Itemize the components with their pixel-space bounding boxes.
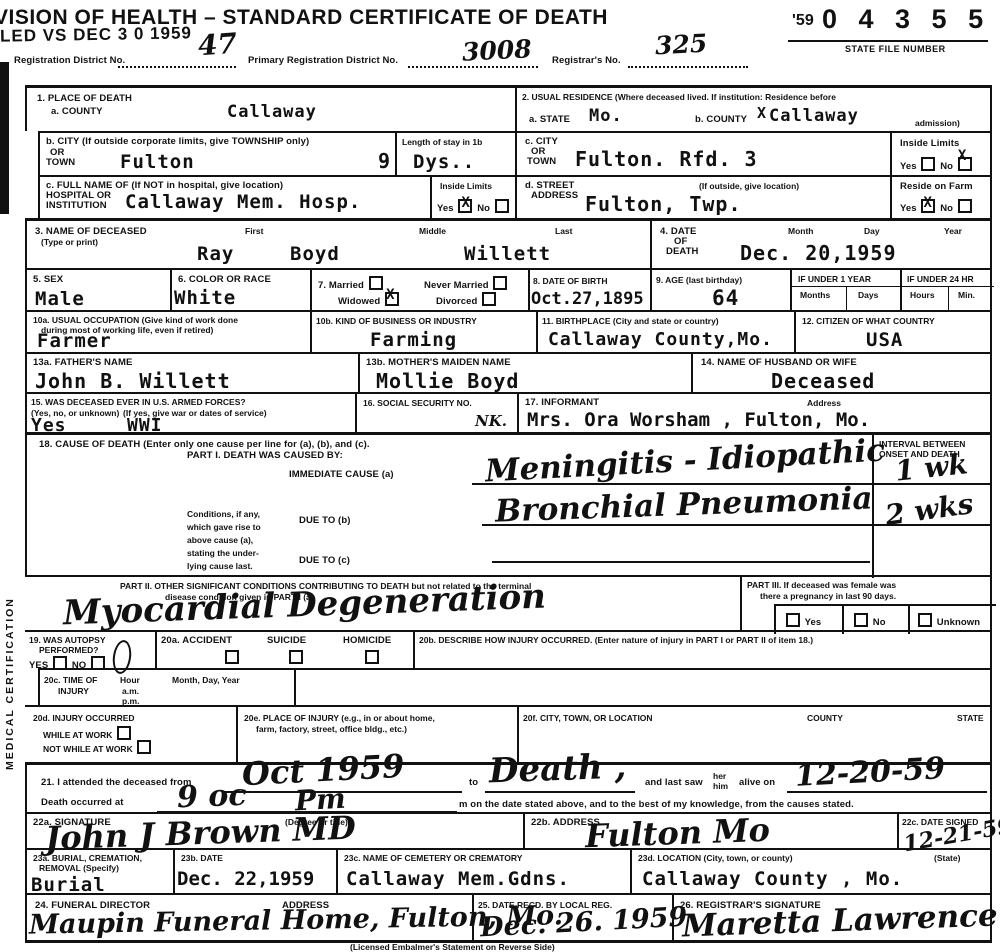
middle-name-value: Boyd <box>290 243 340 265</box>
name-label: 3. NAME OF DECEASED <box>35 226 147 237</box>
while-at-work-label: WHILE AT WORK <box>43 730 112 740</box>
cause-b-value: Bronchial Pneumonia <box>494 480 873 529</box>
under-1-year-label: IF UNDER 1 YEAR <box>798 274 871 284</box>
color-or-race-label: 6. COLOR OR RACE <box>178 274 271 285</box>
filed-date-stamp: LED VS DEC 3 0 1959 <box>0 23 192 46</box>
occupation-label: 10a. USUAL OCCUPATION (Give kind of work… <box>33 315 238 325</box>
no-label: No <box>477 203 490 214</box>
death-label: DEATH <box>666 246 699 257</box>
field-usual-residence: 2. USUAL RESIDENCE (Where deceased lived… <box>515 85 992 131</box>
field-birthplace: 11. BIRTHPLACE (City and state or countr… <box>536 310 794 352</box>
part-3-label-2: there a pregnancy in last 90 days. <box>760 591 896 601</box>
residence-county-premark: X <box>757 104 767 122</box>
inside-limits-label: Inside Limits <box>440 181 492 191</box>
day-label: Day <box>864 226 880 236</box>
date-of-birth-value: Oct.27,1895 <box>531 289 644 309</box>
inside-limits-options: Yes No X <box>900 157 974 172</box>
divider <box>792 286 902 287</box>
field-injury-occurred: 20d. INJURY OCCURRED WHILE AT WORK NOT W… <box>25 705 236 762</box>
due-to-b-label: DUE TO (b) <box>299 515 351 526</box>
first-name-value: Ray <box>197 243 234 265</box>
checkbox-not-while-at-work <box>137 740 151 754</box>
checkbox-farm-no <box>958 199 972 213</box>
checkbox-pregnancy-no <box>854 613 868 627</box>
conditions-line-2: which gave rise to <box>187 522 261 532</box>
field-burial-type: 23a. BURIAL, CREMATION, REMOVAL (Specify… <box>25 848 173 893</box>
city-value: Fulton <box>120 151 195 173</box>
time-of-death-value: 9 oc <box>176 778 247 815</box>
last-name-value: Willett <box>464 243 551 265</box>
color-or-race-value: White <box>174 287 236 309</box>
ssn-value: NK. <box>475 412 507 430</box>
fathers-name-label: 13a. FATHER'S NAME <box>33 357 132 368</box>
place-of-injury-label: 20e. PLACE OF INJURY (e.g., in or about … <box>244 713 435 723</box>
while-at-work-option: WHILE AT WORK <box>43 726 133 740</box>
checkbox-x-mark: X <box>386 287 395 303</box>
blank-line <box>485 791 635 793</box>
attended-to-value: Death , <box>488 747 627 792</box>
yes-label: Yes <box>900 203 917 214</box>
length-of-stay-digit: 9 <box>378 149 391 173</box>
field-attended-statement: 21. I attended the deceased from Oct 195… <box>25 762 992 812</box>
pregnancy-no-option: No <box>852 613 886 628</box>
pregnancy-yes-option: Yes <box>784 613 821 628</box>
occupation-value: Farmer <box>37 330 112 352</box>
field-date-signed: 22c. DATE SIGNED 12-21-59 <box>897 812 992 848</box>
checkbox-farm-yes: X <box>921 199 935 213</box>
checkbox-never-married <box>493 276 507 290</box>
pregnancy-unknown-option: Unknown <box>916 613 980 628</box>
to-label: to <box>469 777 478 788</box>
length-of-stay-label: Length of stay in 1b <box>402 137 482 147</box>
field-mothers-maiden-name: 13b. MOTHER'S MAIDEN NAME Mollie Boyd <box>358 352 691 392</box>
state-file-number: 0 4 3 5 5 7 <box>822 4 1000 35</box>
checkbox-hospital-inside-yes: X <box>458 199 472 213</box>
married-option: 7. Married <box>318 276 385 291</box>
date-of-birth-label: 8. DATE OF BIRTH <box>533 276 607 286</box>
cause-a-value: Meningitis - Idiopathic <box>484 433 886 490</box>
field-kind-of-business: 10b. KIND OF BUSINESS OR INDUSTRY Farmin… <box>310 310 536 352</box>
interval-label-1: INTERVAL BETWEEN <box>879 439 965 449</box>
checkbox-while-at-work <box>117 726 131 740</box>
primary-district-value: 3008 <box>461 34 532 67</box>
cemetery-location-value: Callaway County , Mo. <box>642 868 903 890</box>
widowed-option: Widowed X <box>338 292 401 307</box>
conditions-line-1: Conditions, if any, <box>187 509 260 519</box>
registration-district-value: 47 <box>197 27 238 63</box>
field-street-address: d. STREET ADDRESS (If outside, give loca… <box>515 175 890 218</box>
conditions-line-3: above cause (a), <box>187 535 253 545</box>
injury-label: INJURY <box>58 686 89 696</box>
field-cemetery-location: 23d. LOCATION (City, town, or county) (S… <box>630 848 992 893</box>
under-24-hr-label: IF UNDER 24 HR <box>907 274 974 284</box>
field-informant: 17. INFORMANT Address Mrs. Ora Worsham ,… <box>517 392 992 432</box>
husband-wife-value: Deceased <box>771 369 875 393</box>
alive-on-label: alive on <box>739 777 775 788</box>
city-label: b. CITY (If outside corporate limits, gi… <box>46 136 309 147</box>
county-label: COUNTY <box>807 713 843 723</box>
residence-county-value: Callaway <box>769 106 859 126</box>
registration-district-label: Registration District No. <box>14 55 125 66</box>
suicide-label: SUICIDE <box>267 635 306 646</box>
field-physician-signature: 22a. SIGNATURE (Degree or title) John J … <box>25 812 523 848</box>
field-name-of-deceased: 3. NAME OF DECEASED (Type or print) Firs… <box>25 218 650 268</box>
hours-label: Hours <box>910 290 935 300</box>
county-label: a. COUNTY <box>51 106 103 117</box>
field-residence-inside-limits: Inside Limits Yes No X <box>890 131 992 175</box>
place-of-death-county-value: Callaway <box>227 102 317 122</box>
dotted-line <box>408 66 538 68</box>
primary-district-label: Primary Registration District No. <box>248 55 398 66</box>
business-label: 10b. KIND OF BUSINESS OR INDUSTRY <box>316 316 477 326</box>
field-part-2: PART II. OTHER SIGNIFICANT CONDITIONS CO… <box>25 575 740 630</box>
accident-label: 20a. ACCIDENT <box>161 635 232 646</box>
death-occurred-label: Death occurred at <box>41 797 123 808</box>
field-physician-address: 22b. ADDRESS Fulton Mo <box>523 812 897 848</box>
residence-city-value: Fulton. Rfd. 3 <box>575 147 758 171</box>
field-sex: 5. SEX Male <box>25 268 170 310</box>
business-value: Farming <box>370 329 457 351</box>
cemetery-label: 23c. NAME OF CEMETERY OR CREMATORY <box>344 853 522 863</box>
cemetery-value: Callaway Mem.Gdns. <box>346 868 570 890</box>
field-date-received: 25. DATE RECD. BY LOCAL REG. Dec. 26. 19… <box>472 893 672 940</box>
immediate-cause-label: IMMEDIATE CAUSE (a) <box>289 469 394 480</box>
mothers-name-value: Mollie Boyd <box>376 369 519 393</box>
city-town-location-label: 20f. CITY, TOWN, OR LOCATION <box>523 713 653 723</box>
farm-options: Yes X No <box>900 199 974 214</box>
field-time-of-injury: 20c. TIME OF INJURY Hour a.m. p.m. Month… <box>38 668 294 705</box>
death-certificate-scan: VISION OF HEALTH – STANDARD CERTIFICATE … <box>0 0 1000 952</box>
field-registrar-signature: 26. REGISTRAR'S SIGNATURE Maretta Lawren… <box>672 893 992 940</box>
residence-county-label: b. COUNTY <box>695 114 747 125</box>
field-husband-or-wife: 14. NAME OF HUSBAND OR WIFE Deceased <box>691 352 992 392</box>
field-describe-injury: 20b. DESCRIBE HOW INJURY OCCURRED. (Ente… <box>413 630 992 668</box>
length-of-stay-value: Dys.. <box>413 151 475 173</box>
field-age: 9. AGE (last birthday) 64 <box>650 268 790 310</box>
and-last-saw-label: and last saw <box>645 777 703 788</box>
medical-certification-margin-label: MEDICAL CERTIFICATION <box>4 440 16 770</box>
never-married-label: Never Married <box>424 280 489 291</box>
burial-date-value: Dec. 22,1959 <box>177 868 314 890</box>
last-label: Last <box>555 226 572 236</box>
burial-label: 23a. BURIAL, CREMATION, <box>33 853 142 863</box>
middle-label: Middle <box>419 226 446 236</box>
field-fathers-name: 13a. FATHER'S NAME John B. Willett <box>25 352 358 392</box>
checkbox-pregnancy-unknown <box>918 613 932 627</box>
field-reside-on-farm: Reside on Farm Yes X No <box>890 175 992 218</box>
mothers-name-label: 13b. MOTHER'S MAIDEN NAME <box>366 357 511 368</box>
state-file-number-label: STATE FILE NUMBER <box>845 44 946 54</box>
field-date-of-birth: 8. DATE OF BIRTH Oct.27,1895 <box>528 268 650 310</box>
age-value: 64 <box>712 286 739 310</box>
burial-label-2: REMOVAL (Specify) <box>39 863 119 873</box>
widowed-label: Widowed <box>338 296 380 307</box>
informant-address-label: Address <box>807 398 841 408</box>
citizen-label: 12. CITIZEN OF WHAT COUNTRY <box>802 316 935 326</box>
dotted-line <box>628 66 748 68</box>
field-hospital-name: c. FULL NAME OF (If NOT in hospital, giv… <box>38 175 430 218</box>
citizen-value: USA <box>866 329 903 351</box>
hour-label: Hour <box>120 675 140 685</box>
divorced-option: Divorced <box>436 292 498 307</box>
embalmer-note: (Licensed Embalmer's Statement on Revers… <box>350 942 555 952</box>
inside-limits-label: Inside Limits <box>900 138 959 149</box>
registrar-no-label: Registrar's No. <box>552 55 621 66</box>
month-day-year-label: Month, Day, Year <box>172 675 240 685</box>
residence-state-value: Mo. <box>589 106 623 126</box>
registrar-no-value: 325 <box>654 29 708 61</box>
checkbox-married <box>369 276 383 290</box>
no-label: No <box>873 617 886 628</box>
part-3-label: PART III. If deceased was female was <box>747 580 896 590</box>
sex-label: 5. SEX <box>33 274 63 285</box>
field-cause-of-death: 18. CAUSE OF DEATH (Enter only one cause… <box>25 432 992 575</box>
field-residence-city: c. CITY OR TOWN Fulton. Rfd. 3 <box>515 131 890 175</box>
field-color-or-race: 6. COLOR OR RACE White <box>170 268 310 310</box>
hospital-value: Callaway Mem. Hosp. <box>125 191 361 213</box>
type-or-print-label: (Type or print) <box>41 237 98 247</box>
field-citizen: 12. CITIZEN OF WHAT COUNTRY USA <box>794 310 992 352</box>
field-usual-occupation: 10a. USUAL OCCUPATION (Give kind of work… <box>25 310 310 352</box>
married-label: 7. Married <box>318 280 364 291</box>
unknown-label: Unknown <box>937 617 980 628</box>
conditions-line-5: lying cause last. <box>187 561 253 571</box>
husband-wife-label: 14. NAME OF HUSBAND OR WIFE <box>701 357 857 368</box>
date-of-death-value: Dec. 20,1959 <box>740 241 897 265</box>
divorced-label: Divorced <box>436 296 477 307</box>
him-label: him <box>713 781 728 791</box>
time-of-injury-label: 20c. TIME OF <box>44 675 97 685</box>
informant-label: 17. INFORMANT <box>525 397 599 408</box>
no-label: No <box>940 161 953 172</box>
field-part-3: PART III. If deceased was female was the… <box>740 575 992 630</box>
field-place-of-death: 1. PLACE OF DEATH a. COUNTY Callaway <box>25 85 515 131</box>
field-city-or-town: b. CITY (If outside corporate limits, gi… <box>38 131 395 175</box>
field-burial-date: 23b. DATE Dec. 22,1959 <box>173 848 336 893</box>
cause-c-line <box>492 561 870 563</box>
field-funeral-director: 24. FUNERAL DIRECTOR ADDRESS Maupin Fune… <box>25 893 472 940</box>
checkbox-inside-limits-no: X <box>958 157 972 171</box>
death-occurred-post-label: m on the date stated above, and to the b… <box>459 799 854 810</box>
checkbox-homicide <box>365 650 379 664</box>
checkbox-suicide <box>289 650 303 664</box>
checkbox-hospital-inside-no <box>495 199 509 213</box>
checkbox-inside-limits-yes <box>921 157 935 171</box>
yes-label: Yes <box>437 203 454 214</box>
field-if-under-1-year: IF UNDER 1 YEAR Months Days <box>790 268 900 310</box>
field-social-security: 16. SOCIAL SECURITY NO. NK. <box>355 392 517 432</box>
town-label: TOWN <box>527 156 556 167</box>
inside-limits-options: Yes X No <box>437 199 511 214</box>
never-married-option: Never Married <box>424 276 509 291</box>
state-label: STATE <box>957 713 984 723</box>
town-label: TOWN <box>46 157 75 168</box>
month-label: Month <box>788 226 814 236</box>
field-inside-limits: Inside Limits Yes X No <box>430 175 515 218</box>
injury-occurred-label: 20d. INJURY OCCURRED <box>33 713 135 723</box>
last-seen-alive-value: 12-20-59 <box>794 751 946 794</box>
hospital-label-3: INSTITUTION <box>46 200 107 211</box>
age-label: 9. AGE (last birthday) <box>656 275 742 285</box>
informant-value: Mrs. Ora Worsham , Fulton, Mo. <box>527 409 870 431</box>
burial-date-label: 23b. DATE <box>181 853 223 863</box>
reside-on-farm-label: Reside on Farm <box>900 181 973 192</box>
year-label: Year <box>944 226 962 236</box>
field-autopsy: 19. WAS AUTOPSY PERFORMED? YES NO <box>25 630 155 668</box>
am-label: a.m. <box>122 686 139 696</box>
yes-label: Yes <box>900 161 917 172</box>
not-while-at-work-label: NOT WHILE AT WORK <box>43 744 133 754</box>
checkbox-x-mark: X <box>958 148 967 164</box>
file-number-prefix: '59 <box>792 12 814 30</box>
scan-artifact <box>0 62 9 214</box>
field-if-under-24-hr: IF UNDER 24 HR Hours Min. <box>900 268 992 310</box>
divider <box>948 286 949 312</box>
first-label: First <box>245 226 263 236</box>
place-of-death-label: 1. PLACE OF DEATH <box>37 93 132 104</box>
admission-label: admission) <box>915 118 960 128</box>
not-while-at-work-option: NOT WHILE AT WORK <box>43 740 153 754</box>
cause-of-death-label: 18. CAUSE OF DEATH (Enter only one cause… <box>39 439 370 450</box>
attended-from-label: 21. I attended the deceased from <box>41 777 192 788</box>
dotted-line <box>118 66 236 68</box>
field-length-of-stay: Length of stay in 1b Dys.. <box>395 131 515 175</box>
checkbox-divorced <box>482 292 496 306</box>
checkbox-pregnancy-yes <box>786 613 800 627</box>
field-armed-forces: 15. WAS DECEASED EVER IN U.S. ARMED FORC… <box>25 392 355 432</box>
street-note: (If outside, give location) <box>699 181 799 191</box>
due-to-c-label: DUE TO (c) <box>299 555 350 566</box>
days-label: Days <box>858 290 878 300</box>
autopsy-label: 19. WAS AUTOPSY <box>29 635 106 645</box>
file-number-underline <box>788 40 988 42</box>
checkbox-accident <box>225 650 239 664</box>
place-of-injury-label-2: farm, factory, street, office bldg., etc… <box>256 724 407 734</box>
conditions-line-4: stating the under- <box>187 548 259 558</box>
state-sub-label: (State) <box>934 853 960 863</box>
checkbox-x-mark: X <box>461 195 470 211</box>
checkbox-widowed: X <box>385 292 399 306</box>
sex-value: Male <box>35 288 85 310</box>
residence-state-label: a. STATE <box>529 114 570 125</box>
yes-label: Yes <box>805 617 822 628</box>
no-label: No <box>940 203 953 214</box>
part-1-label: PART I. DEATH WAS CAUSED BY: <box>187 450 343 461</box>
autopsy-label-2: PERFORMED? <box>39 645 99 655</box>
birthplace-value: Callaway County,Mo. <box>548 329 773 350</box>
field-marital-status: 7. Married Never Married Widowed X Divor… <box>310 268 528 310</box>
street-address-value: Fulton, Twp. <box>585 192 742 216</box>
field-cemetery-name: 23c. NAME OF CEMETERY OR CREMATORY Calla… <box>336 848 630 893</box>
address-label: ADDRESS <box>531 190 578 201</box>
describe-injury-label: 20b. DESCRIBE HOW INJURY OCCURRED. (Ente… <box>419 635 813 645</box>
birthplace-label: 11. BIRTHPLACE (City and state or countr… <box>542 316 719 326</box>
divider <box>846 286 847 312</box>
fathers-name-value: John B. Willett <box>35 369 231 393</box>
her-label: her <box>713 771 726 781</box>
interval-a-value: 1 wk <box>893 447 969 487</box>
ssn-label: 16. SOCIAL SECURITY NO. <box>363 398 472 408</box>
checkbox-x-mark: X <box>923 195 932 211</box>
months-label: Months <box>800 290 830 300</box>
armed-forces-label: 15. WAS DECEASED EVER IN U.S. ARMED FORC… <box>31 397 246 407</box>
field-time-of-injury-blank <box>294 668 992 705</box>
field-date-of-death: 4. DATE OF DEATH Month Day Year Dec. 20,… <box>650 218 992 268</box>
usual-residence-label: 2. USUAL RESIDENCE (Where deceased lived… <box>522 92 836 102</box>
min-label: Min. <box>958 290 975 300</box>
homicide-label: HOMICIDE <box>343 635 391 646</box>
field-accident-type: 20a. ACCIDENT SUICIDE HOMICIDE <box>155 630 413 668</box>
cemetery-location-label: 23d. LOCATION (City, town, or county) <box>638 853 793 863</box>
